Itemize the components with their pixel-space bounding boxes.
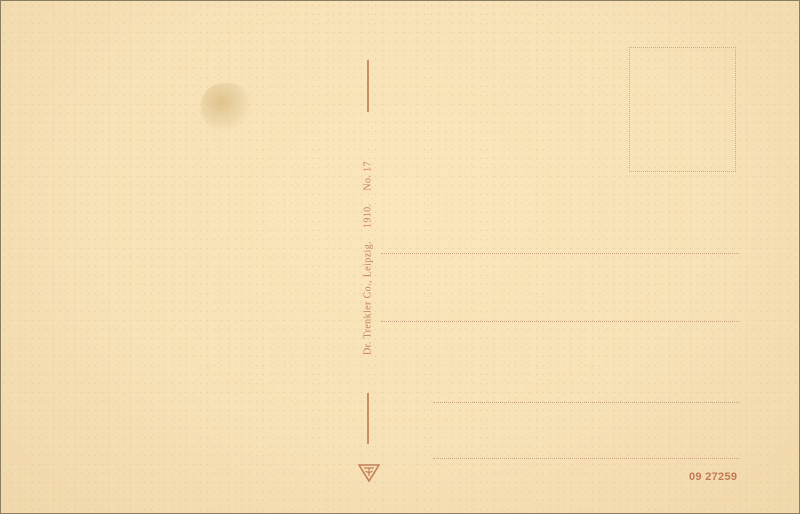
publisher-imprint: Dr. Trenkler Co., Leipzig. 1910. No. 17 (363, 151, 374, 355)
foxing-stain (201, 83, 251, 131)
stamp-box (629, 47, 736, 172)
publication-year: 1910. (363, 204, 374, 229)
triangle-monogram-icon (358, 464, 380, 482)
publisher-name: Dr. Trenkler Co., Leipzig. (363, 241, 374, 355)
postcard-back: Dr. Trenkler Co., Leipzig. 1910. No. 17 … (0, 0, 800, 514)
center-divider-bottom (367, 393, 369, 444)
address-line-3 (433, 402, 739, 403)
address-line-1 (381, 253, 739, 254)
serial-number: 09 27259 (689, 471, 737, 483)
center-divider-top (367, 60, 369, 112)
series-number: No. 17 (363, 161, 374, 191)
address-line-2 (381, 321, 739, 322)
address-line-4 (433, 458, 739, 459)
